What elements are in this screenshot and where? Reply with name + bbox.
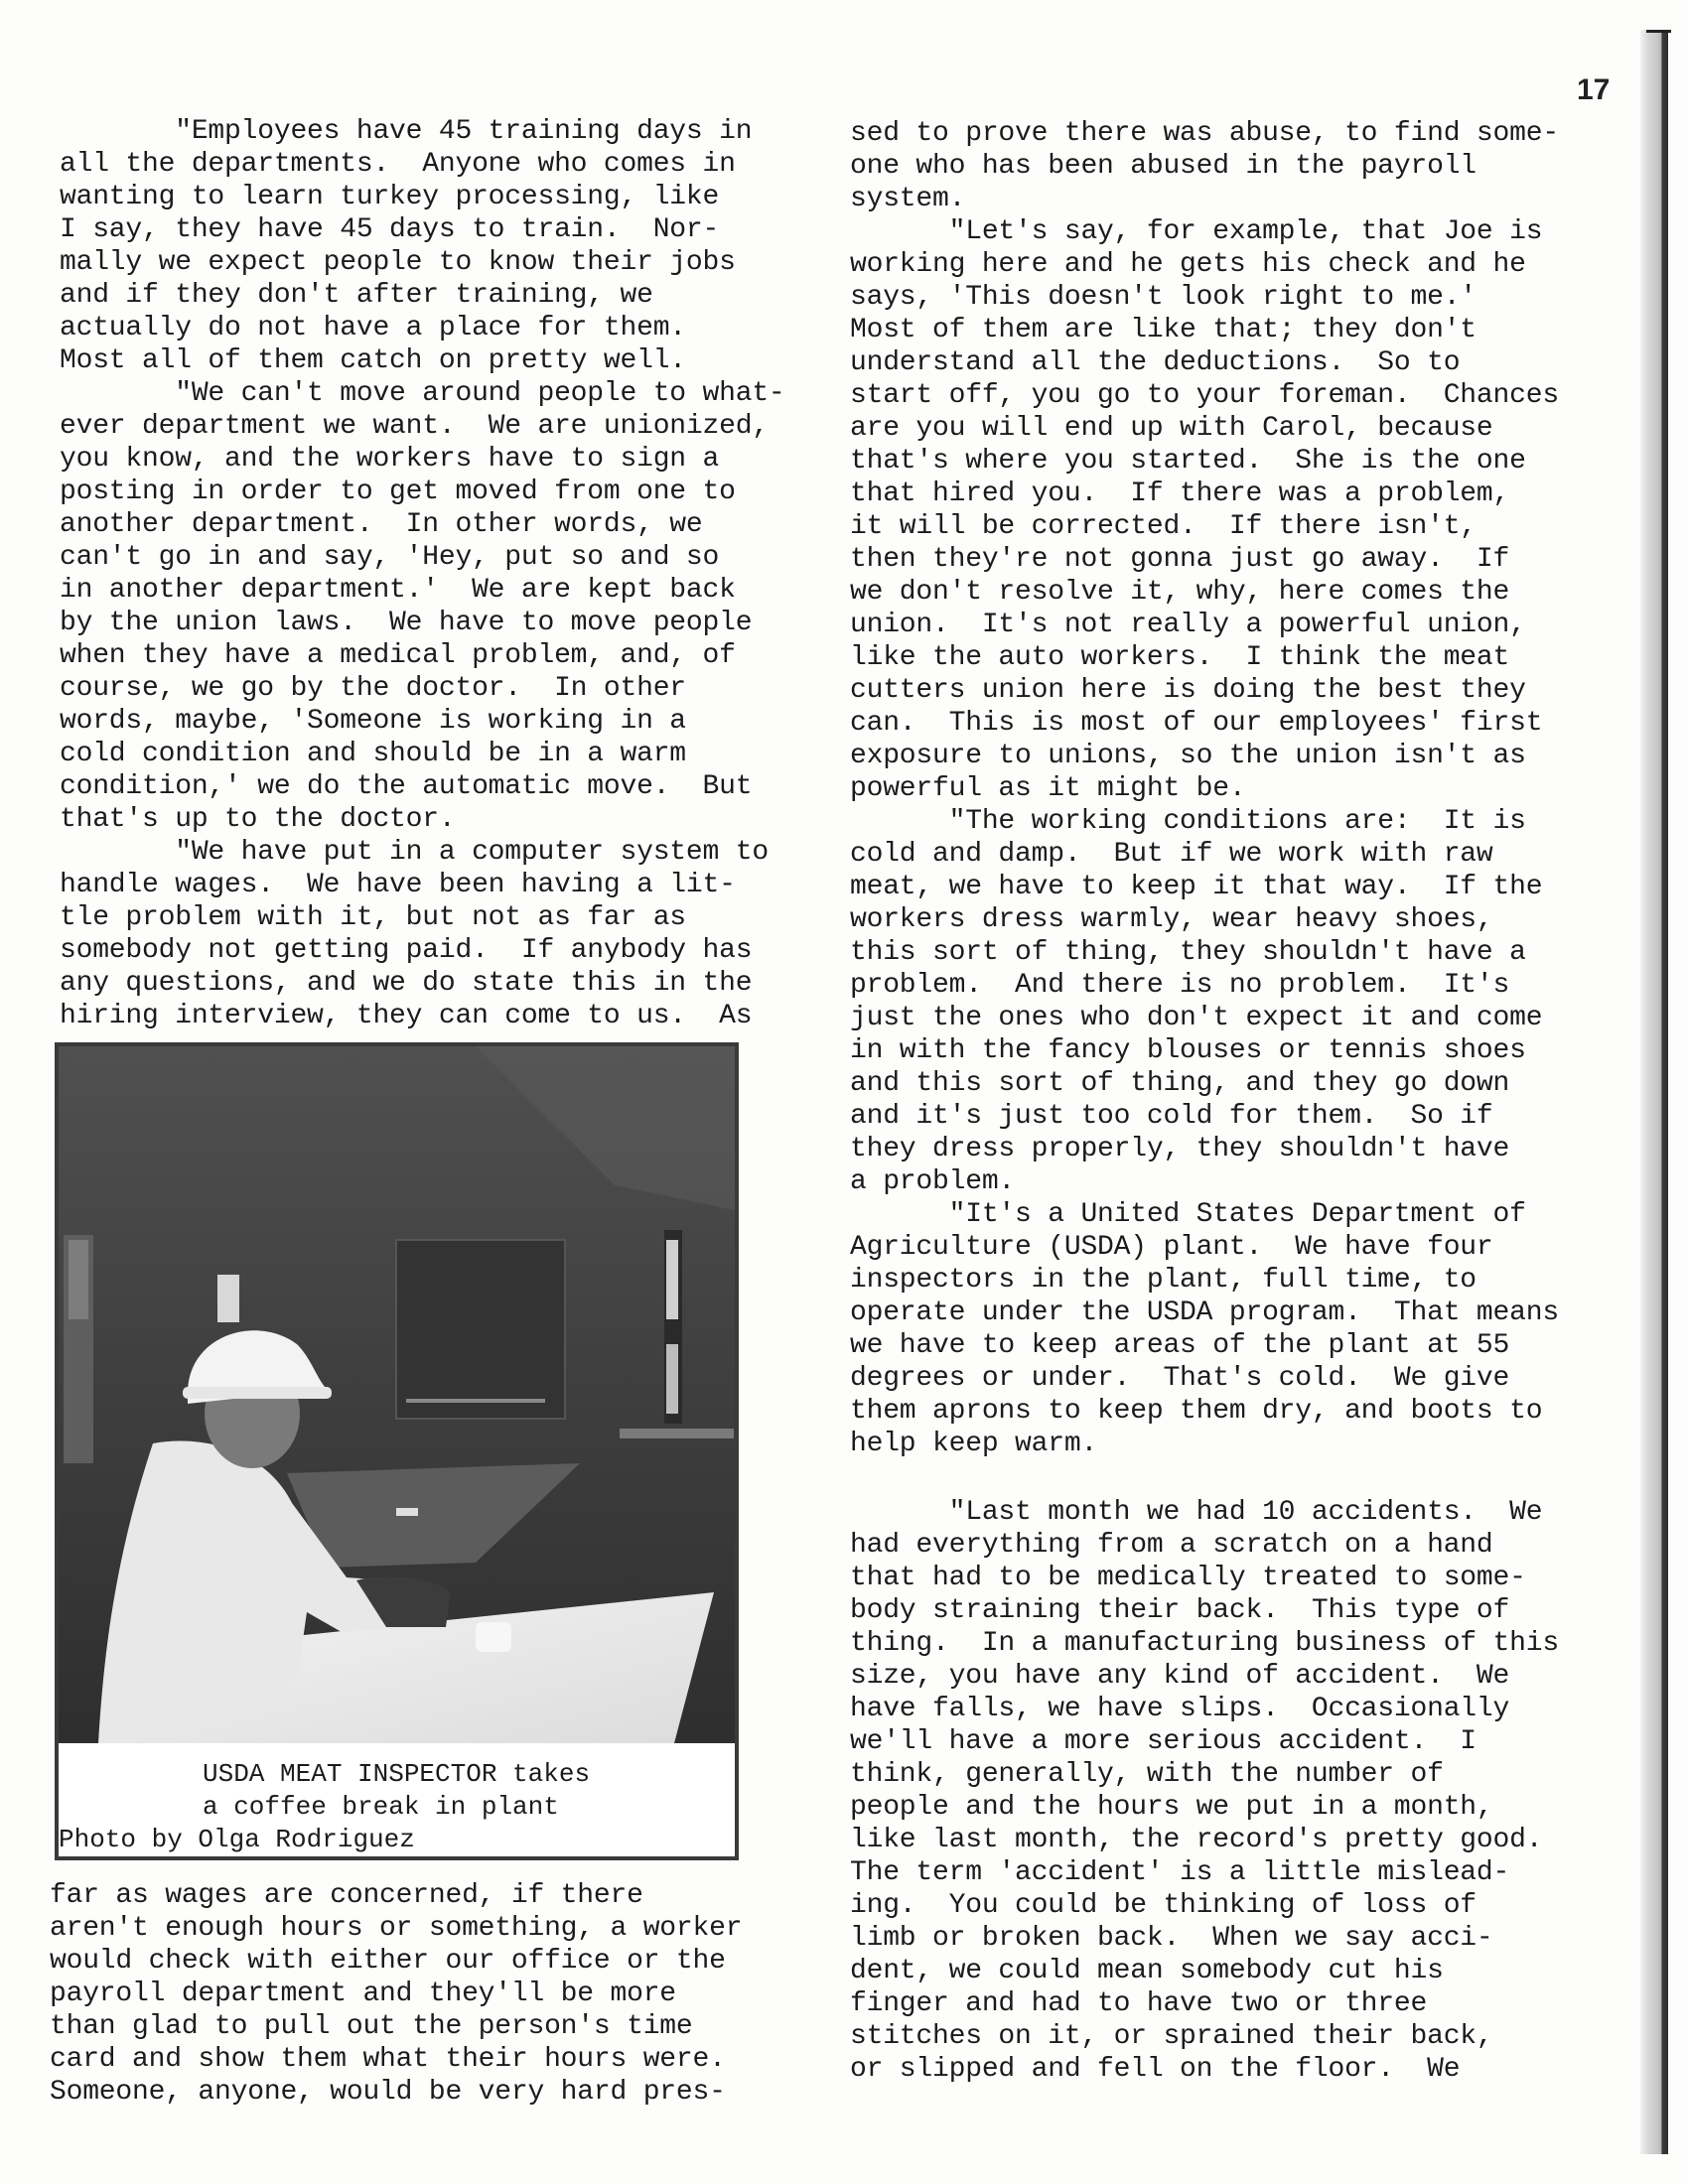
text-line: or slipped and fell on the floor. We	[850, 2053, 1559, 2086]
text-line: any questions, and we do state this in t…	[60, 967, 785, 1000]
text-line: just the ones who don't expect it and co…	[850, 1002, 1559, 1034]
text-line: by the union laws. We have to move peopl…	[60, 607, 785, 639]
text-line: words, maybe, 'Someone is working in a	[60, 705, 785, 738]
text-line: meat, we have to keep it that way. If th…	[850, 871, 1559, 903]
text-line: "It's a United States Department of	[850, 1198, 1559, 1231]
photo-credit: Photo by Olga Rodriguez	[59, 1824, 415, 1856]
text-line: degrees or under. That's cold. We give	[850, 1362, 1559, 1395]
photo-figure: USDA MEAT INSPECTOR takes a coffee break…	[55, 1042, 739, 1860]
text-line: somebody not getting paid. If anybody ha…	[60, 934, 785, 967]
text-line: than glad to pull out the person's time	[50, 2010, 742, 2043]
text-line: "Let's say, for example, that Joe is	[850, 215, 1559, 248]
text-line: can. This is most of our employees' firs…	[850, 707, 1559, 740]
text-line: when they have a medical problem, and, o…	[60, 639, 785, 672]
text-line: "Last month we had 10 accidents. We	[850, 1496, 1559, 1529]
text-line: had everything from a scratch on a hand	[850, 1529, 1559, 1562]
text-line: I say, they have 45 days to train. Nor-	[60, 213, 785, 246]
text-line: mally we expect people to know their job…	[60, 246, 785, 279]
text-line: finger and had to have two or three	[850, 1987, 1559, 2020]
paragraph-gap	[850, 1460, 1559, 1478]
text-line: start off, you go to your foreman. Chanc…	[850, 379, 1559, 412]
text-line: it will be corrected. If there isn't,	[850, 510, 1559, 543]
text-line: that's where you started. She is the one	[850, 445, 1559, 478]
paragraph-gap	[850, 1478, 1559, 1496]
text-line: powerful as it might be.	[850, 772, 1559, 805]
text-line: handle wages. We have been having a lit-	[60, 869, 785, 901]
text-line: "We can't move around people to what-	[60, 377, 785, 410]
text-line: we have to keep areas of the plant at 55	[850, 1329, 1559, 1362]
text-line: system.	[850, 183, 1559, 215]
text-line: The term 'accident' is a little mislead-	[850, 1856, 1559, 1889]
text-line: we'll have a more serious accident. I	[850, 1725, 1559, 1758]
photo-illustration	[59, 1046, 735, 1743]
text-line: ever department we want. We are unionize…	[60, 410, 785, 443]
page-binding-edge	[1640, 30, 1668, 2154]
text-line: in with the fancy blouses or tennis shoe…	[850, 1034, 1559, 1067]
text-line: wanting to learn turkey processing, like	[60, 181, 785, 213]
text-line: working here and he gets his check and h…	[850, 248, 1559, 281]
text-line: limb or broken back. When we say acci-	[850, 1922, 1559, 1955]
text-line: we don't resolve it, why, here comes the	[850, 576, 1559, 609]
text-line: ing. You could be thinking of loss of	[850, 1889, 1559, 1922]
text-line: have falls, we have slips. Occasionally	[850, 1693, 1559, 1725]
text-line: actually do not have a place for them.	[60, 312, 785, 344]
text-line: think, generally, with the number of	[850, 1758, 1559, 1791]
text-line: Agriculture (USDA) plant. We have four	[850, 1231, 1559, 1264]
text-line: cutters union here is doing the best the…	[850, 674, 1559, 707]
text-line: you know, and the workers have to sign a	[60, 443, 785, 476]
left-column-bottom-text: far as wages are concerned, if therearen…	[50, 1879, 742, 2109]
text-line: far as wages are concerned, if there	[50, 1879, 742, 1912]
text-line: in another department.' We are kept back	[60, 574, 785, 607]
text-line: Someone, anyone, would be very hard pres…	[50, 2076, 742, 2109]
text-line: Most of them are like that; they don't	[850, 314, 1559, 346]
text-line: problem. And there is no problem. It's	[850, 969, 1559, 1002]
text-line: thing. In a manufacturing business of th…	[850, 1627, 1559, 1660]
text-line: stitches on it, or sprained their back,	[850, 2020, 1559, 2053]
text-line: hiring interview, they can come to us. A…	[60, 1000, 785, 1032]
text-line: understand all the deductions. So to	[850, 346, 1559, 379]
inspector-photo	[59, 1046, 735, 1743]
text-line: union. It's not really a powerful union,	[850, 609, 1559, 641]
text-line: "The working conditions are: It is	[850, 805, 1559, 838]
text-line: posting in order to get moved from one t…	[60, 476, 785, 508]
text-line: and it's just too cold for them. So if	[850, 1100, 1559, 1133]
left-column-top-text: "Employees have 45 training days inall t…	[60, 115, 785, 1032]
text-line: and if they don't after training, we	[60, 279, 785, 312]
right-column-text: sed to prove there was abuse, to find so…	[850, 117, 1559, 2086]
text-line: that hired you. If there was a problem,	[850, 478, 1559, 510]
text-line: this sort of thing, they shouldn't have …	[850, 936, 1559, 969]
text-line: then they're not gonna just go away. If	[850, 543, 1559, 576]
text-line: all the departments. Anyone who comes in	[60, 148, 785, 181]
text-line: card and show them what their hours were…	[50, 2043, 742, 2076]
caption-line-2: a coffee break in plant	[203, 1791, 559, 1824]
text-line: body straining their back. This type of	[850, 1594, 1559, 1627]
text-line: exposure to unions, so the union isn't a…	[850, 740, 1559, 772]
page-binding-cap	[1646, 30, 1671, 33]
text-line: people and the hours we put in a month,	[850, 1791, 1559, 1824]
text-line: that's up to the doctor.	[60, 803, 785, 836]
text-line: payroll department and they'll be more	[50, 1978, 742, 2010]
text-line: workers dress warmly, wear heavy shoes,	[850, 903, 1559, 936]
text-line: operate under the USDA program. That mea…	[850, 1297, 1559, 1329]
text-line: that had to be medically treated to some…	[850, 1562, 1559, 1594]
page-number: 17	[1577, 73, 1610, 107]
text-line: they dress properly, they shouldn't have	[850, 1133, 1559, 1165]
text-line: dent, we could mean somebody cut his	[850, 1955, 1559, 1987]
text-line: one who has been abused in the payroll	[850, 150, 1559, 183]
text-line: sed to prove there was abuse, to find so…	[850, 117, 1559, 150]
text-line: like last month, the record's pretty goo…	[850, 1824, 1559, 1856]
text-line: cold condition and should be in a warm	[60, 738, 785, 770]
text-line: tle problem with it, but not as far as	[60, 901, 785, 934]
text-line: aren't enough hours or something, a work…	[50, 1912, 742, 1945]
text-line: would check with either our office or th…	[50, 1945, 742, 1978]
text-line: help keep warm.	[850, 1428, 1559, 1460]
text-line: can't go in and say, 'Hey, put so and so	[60, 541, 785, 574]
text-line: another department. In other words, we	[60, 508, 785, 541]
caption-line-1: USDA MEAT INSPECTOR takes	[203, 1758, 590, 1791]
text-line: a problem.	[850, 1165, 1559, 1198]
text-line: size, you have any kind of accident. We	[850, 1660, 1559, 1693]
text-line: are you will end up with Carol, because	[850, 412, 1559, 445]
text-line: and this sort of thing, and they go down	[850, 1067, 1559, 1100]
photo-caption: USDA MEAT INSPECTOR takes a coffee break…	[59, 1746, 735, 1853]
text-line: like the auto workers. I think the meat	[850, 641, 1559, 674]
text-line: course, we go by the doctor. In other	[60, 672, 785, 705]
text-line: inspectors in the plant, full time, to	[850, 1264, 1559, 1297]
text-line: them aprons to keep them dry, and boots …	[850, 1395, 1559, 1428]
text-line: "We have put in a computer system to	[60, 836, 785, 869]
text-line: condition,' we do the automatic move. Bu…	[60, 770, 785, 803]
text-line: says, 'This doesn't look right to me.'	[850, 281, 1559, 314]
text-line: Most all of them catch on pretty well.	[60, 344, 785, 377]
text-line: cold and damp. But if we work with raw	[850, 838, 1559, 871]
text-line: "Employees have 45 training days in	[60, 115, 785, 148]
